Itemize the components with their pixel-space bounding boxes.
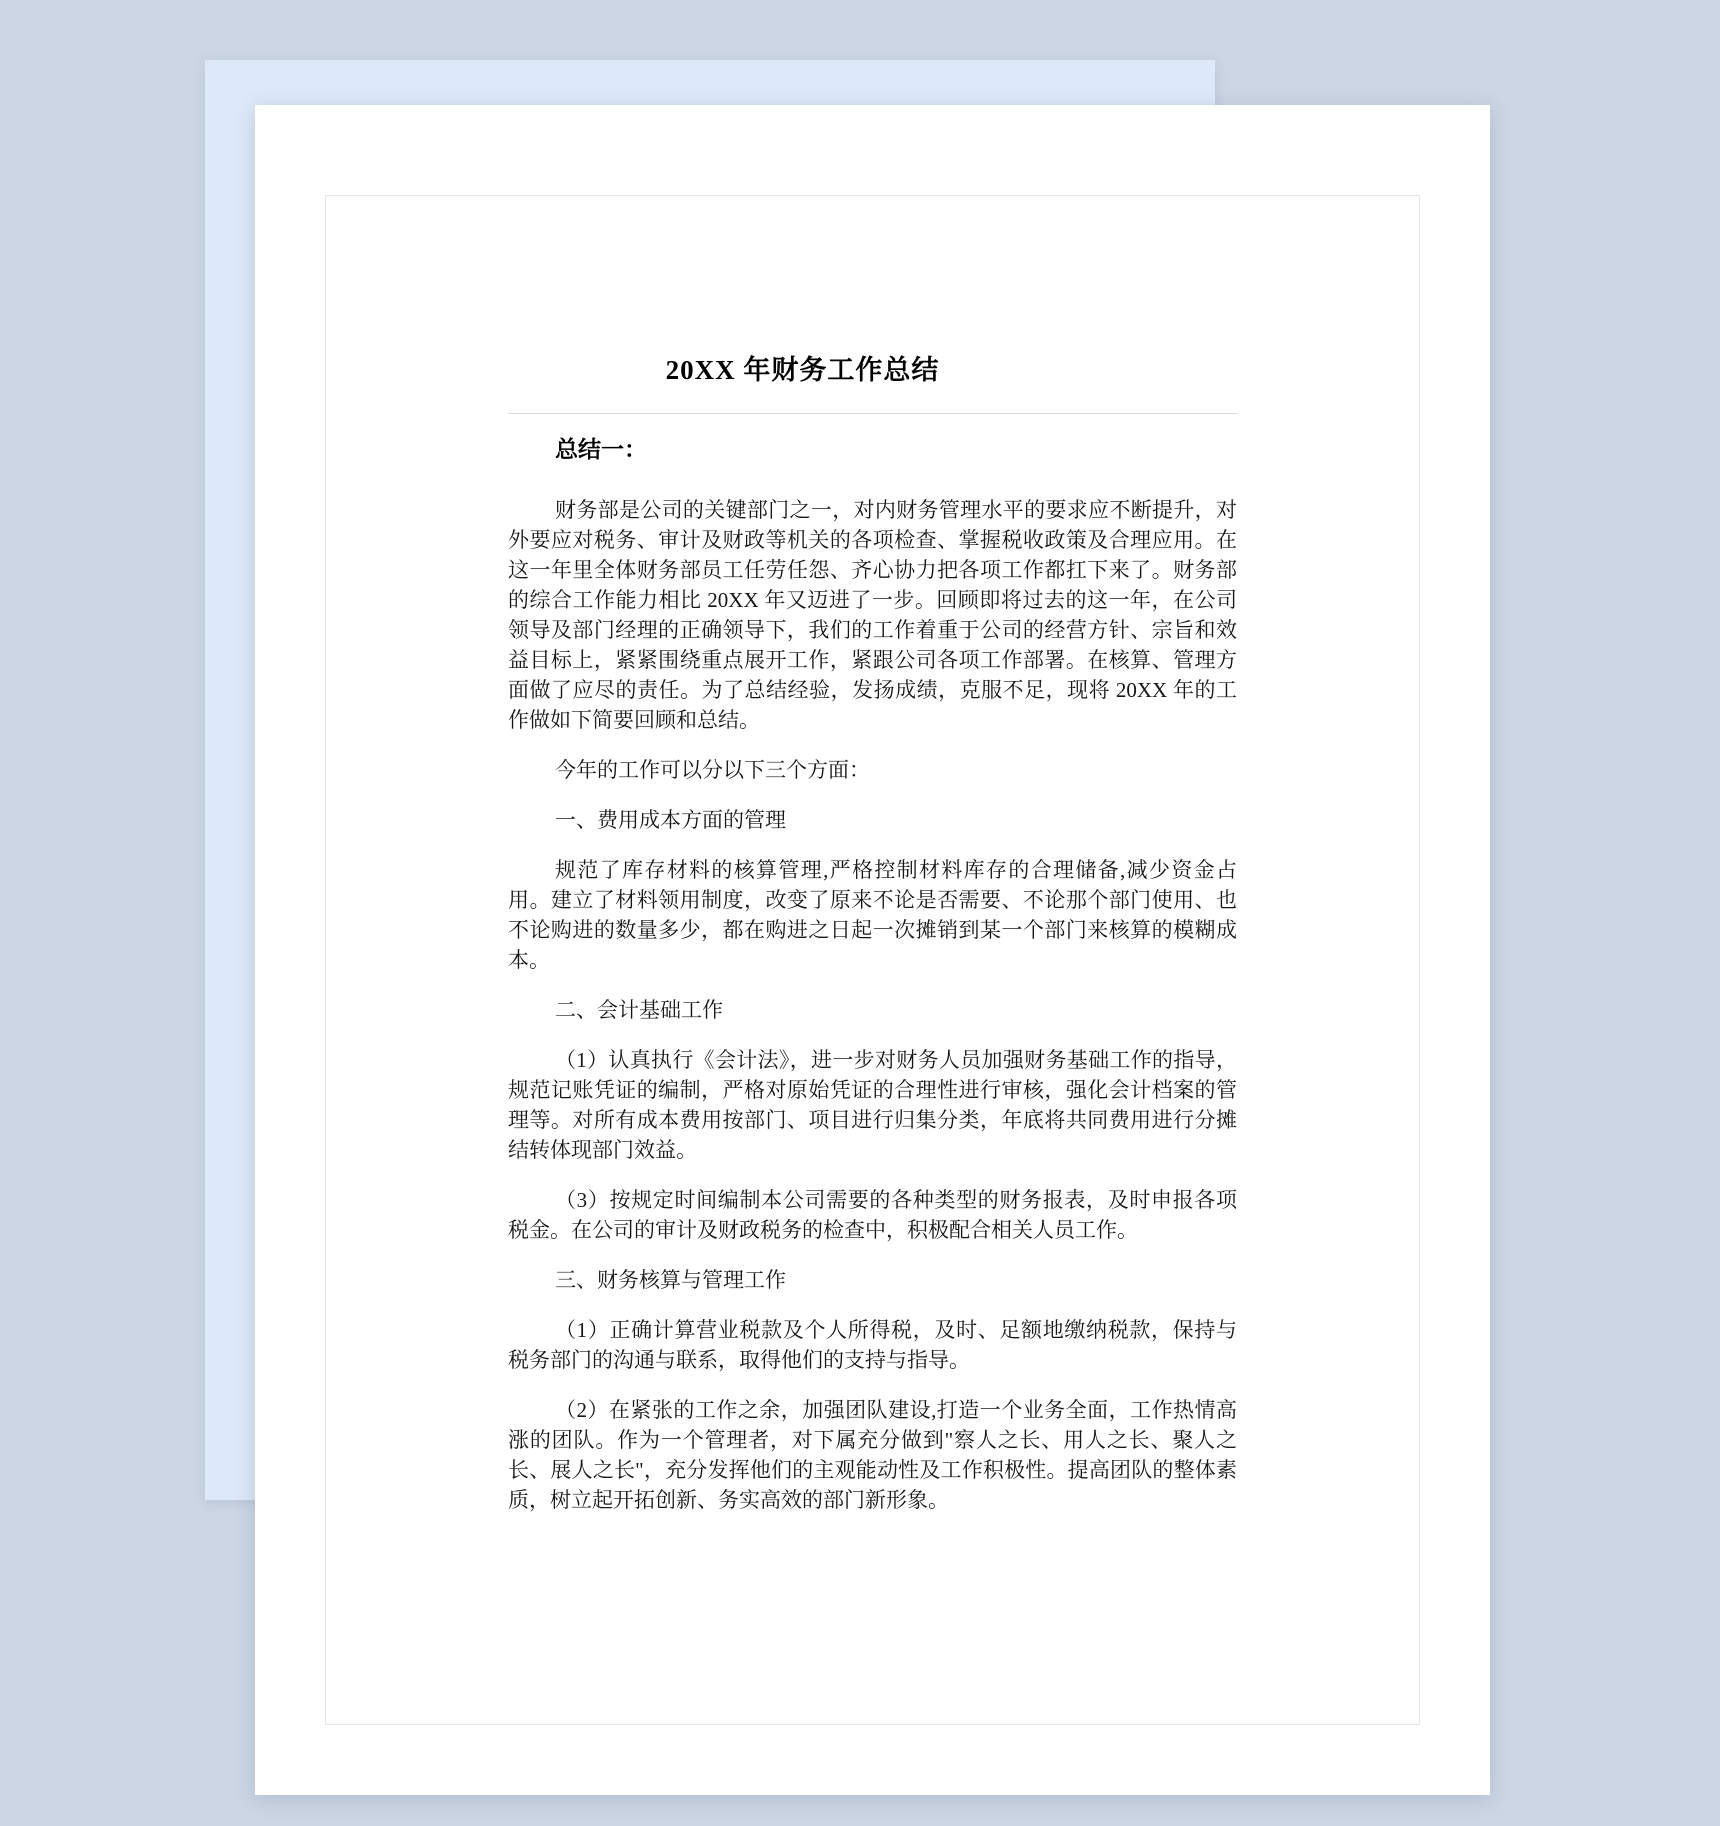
canvas-background: { "background": { "canvas_color": "#ccd6… — [0, 0, 1720, 1826]
title-divider — [508, 413, 1237, 414]
page-content: 20XX 年财务工作总结 总结一：财务部是公司的关键部门之一，对内财务管理水平的… — [508, 105, 1237, 1515]
section-heading: 总结一： — [508, 435, 1237, 465]
paragraph: 规范了库存材料的核算管理,严格控制材料库存的合理储备,减少资金占用。建立了材料领… — [508, 855, 1237, 975]
paragraph: 三、财务核算与管理工作 — [508, 1265, 1237, 1295]
document-title: 20XX 年财务工作总结 — [438, 351, 1167, 389]
paragraph: （1）认真执行《会计法》，进一步对财务人员加强财务基础工作的指导，规范记账凭证的… — [508, 1045, 1237, 1165]
paragraph: 今年的工作可以分以下三个方面： — [508, 755, 1237, 785]
paragraph: （1）正确计算营业税款及个人所得税，及时、足额地缴纳税款，保持与税务部门的沟通与… — [508, 1315, 1237, 1375]
paragraph: 二、会计基础工作 — [508, 995, 1237, 1025]
paragraph: （3）按规定时间编制本公司需要的各种类型的财务报表，及时申报各项税金。在公司的审… — [508, 1185, 1237, 1245]
document-page: 20XX 年财务工作总结 总结一：财务部是公司的关键部门之一，对内财务管理水平的… — [255, 105, 1490, 1795]
document-body: 总结一：财务部是公司的关键部门之一，对内财务管理水平的要求应不断提升，对外要应对… — [508, 435, 1237, 1515]
paragraph: 财务部是公司的关键部门之一，对内财务管理水平的要求应不断提升，对外要应对税务、审… — [508, 495, 1237, 735]
paragraph: （2）在紧张的工作之余，加强团队建设,打造一个业务全面，工作热情高涨的团队。作为… — [508, 1395, 1237, 1515]
paragraph: 一、费用成本方面的管理 — [508, 805, 1237, 835]
